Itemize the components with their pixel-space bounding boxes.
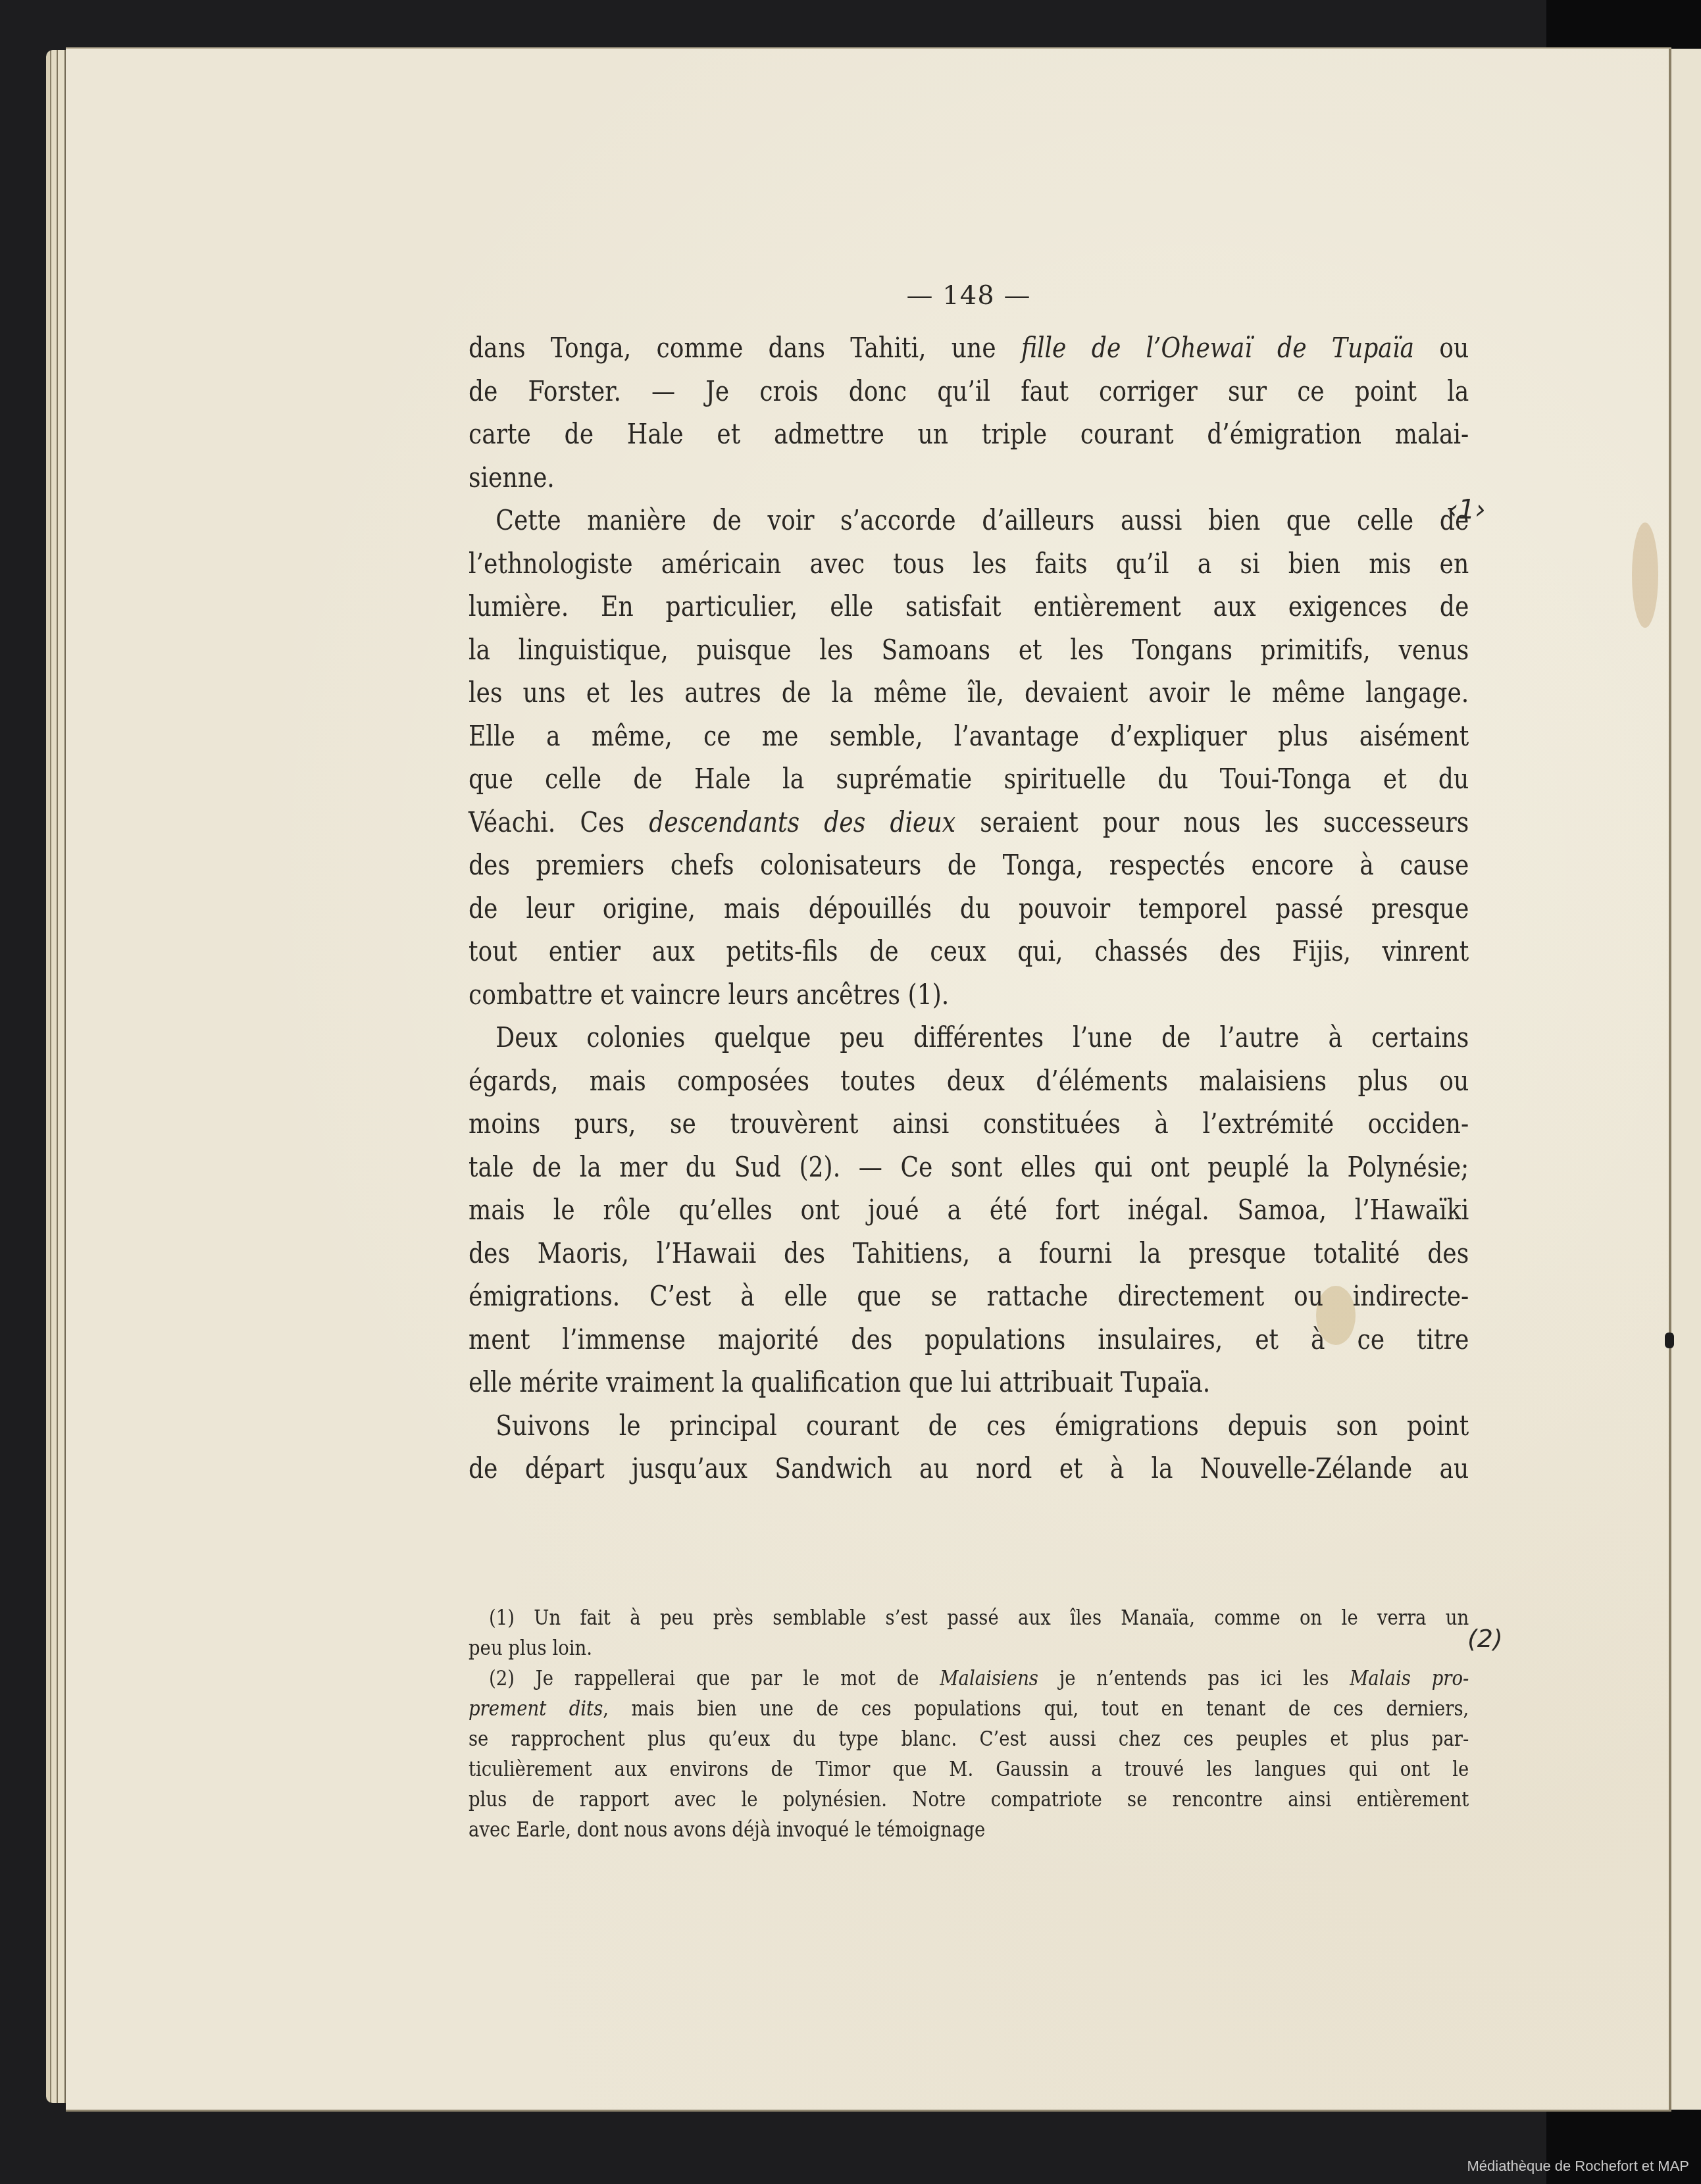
page-number: — 148 — <box>469 280 1469 311</box>
body-line: de Forster. — Je crois donc qu’il faut c… <box>469 370 1469 413</box>
body-line: l’ethnologiste américain avec tous les f… <box>469 542 1469 586</box>
paragraph-start-line: Deux colonies quelque peu différentes l’… <box>469 1016 1469 1059</box>
paragraph-start-line: Cette manière de voir s’accorde d’ailleu… <box>469 499 1469 542</box>
body-line: des premiers chefs colonisateurs de Tong… <box>469 844 1469 887</box>
body-line: elle mérite vraiment la qualification qu… <box>469 1361 1469 1404</box>
body-line: combattre et vaincre leurs ancêtres (1). <box>469 973 1469 1017</box>
facing-page-edge <box>1671 49 1701 2110</box>
body-line: de leur origine, mais dépouillés du pouv… <box>469 887 1469 930</box>
body-line: Elle a même, ce me semble, l’avantage d’… <box>469 715 1469 758</box>
book-page: — 148 — dans Tonga, comme dans Tahiti, u… <box>66 47 1671 2112</box>
body-line: ment l’immense majorité des populations … <box>469 1318 1469 1361</box>
body-line: dans Tonga, comme dans Tahiti, une fille… <box>469 326 1469 370</box>
body-line: émigrations. C’est à elle que se rattach… <box>469 1275 1469 1318</box>
body-line: moins purs, se trouvèrent ainsi constitu… <box>469 1102 1469 1146</box>
body-line: lumière. En particulier, elle satisfait … <box>469 585 1469 628</box>
body-line: tout entier aux petits-fils de ceux qui,… <box>469 930 1469 973</box>
handwritten-margin-note-2: (2) <box>1467 1624 1503 1653</box>
paragraph-start-line: Suivons le principal courant de ces émig… <box>469 1404 1469 1448</box>
body-line: les uns et les autres de la même île, de… <box>469 671 1469 715</box>
footnote-2-line: avec Earle, dont nous avons déjà invoqué… <box>469 1814 1469 1844</box>
handwritten-margin-note-1: ‹1› <box>1448 495 1485 525</box>
binding-stain <box>1632 522 1658 628</box>
footnote-2-line: (2) Je rappellerai que par le mot de Mal… <box>469 1663 1469 1693</box>
library-credit: Médiathèque de Rochefort et MAP <box>1467 2158 1689 2175</box>
body-line: sienne. <box>469 456 1469 499</box>
gutter-fold-line <box>1669 49 1671 2110</box>
body-text: dans Tonga, comme dans Tahiti, une fille… <box>469 326 1469 1490</box>
body-line: égards, mais composées toutes deux d’élé… <box>469 1059 1469 1103</box>
footnote-2-line: plus de rapport avec le polynésien. Notr… <box>469 1784 1469 1814</box>
footnote-1-line: (1) Un fait à peu près semblable s’est p… <box>469 1602 1469 1633</box>
footnote-2-line: se rapprochent plus qu’eux du type blanc… <box>469 1723 1469 1754</box>
footnotes: (1) Un fait à peu près semblable s’est p… <box>469 1602 1469 1844</box>
body-line: que celle de Hale la suprématie spiritue… <box>469 757 1469 801</box>
body-line: mais le rôle qu’elles ont joué a été for… <box>469 1188 1469 1232</box>
body-line: Véachi. Ces descendants des dieux seraie… <box>469 801 1469 844</box>
binding-thread-mark <box>1665 1333 1674 1348</box>
footnote-1-line: peu plus loin. <box>469 1633 1469 1663</box>
body-line: tale de la mer du Sud (2). — Ce sont ell… <box>469 1146 1469 1189</box>
body-line: carte de Hale et admettre un triple cour… <box>469 413 1469 456</box>
footnote-2-line: ticulièrement aux environs de Timor que … <box>469 1754 1469 1784</box>
body-line: de départ jusqu’aux Sandwich au nord et … <box>469 1447 1469 1490</box>
footnote-2-line: prement dits, mais bien une de ces popul… <box>469 1693 1469 1723</box>
body-line: la linguistique, puisque les Samoans et … <box>469 628 1469 672</box>
body-line: des Maoris, l’Hawaii des Tahitiens, a fo… <box>469 1232 1469 1275</box>
